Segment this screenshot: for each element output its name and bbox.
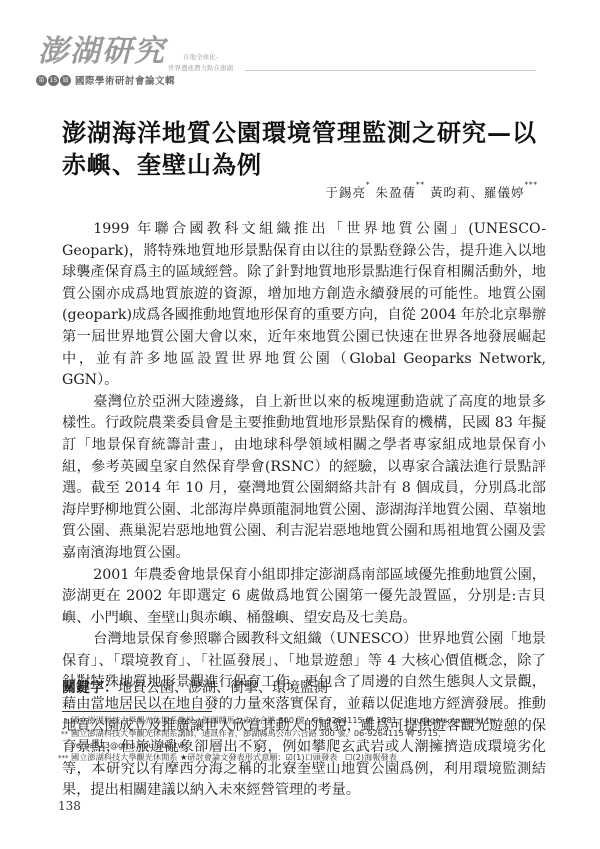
- footnotes: *國立澎湖科技大學觀光休閒系教授，澎湖縣馬公市六合路 300 號。06-9264…: [58, 715, 548, 764]
- conference-badge: 第 15 屆 國際學術研討會論文輯: [36, 73, 175, 87]
- footnote-2: **國立澎湖科技大學觀光休閒系講師，通訊作者，澎湖縣馬公市六合路 300 號。0…: [58, 728, 548, 741]
- footnote-3: ***國立澎湖科技大學觀光休閒系 ★研討會論文發表形式意願：☑(1)口頭發表 ☐…: [58, 752, 548, 765]
- keywords-value: 地質公園、澎湖、衝擊、環境監測: [118, 680, 328, 696]
- footnote-2-text: 國立澎湖科技大學觀光休閒系講師，通訊作者，澎湖縣馬公市六合路 300 號。06-…: [71, 728, 446, 738]
- author-3: 黃昀莉、羅儀婷: [430, 185, 525, 200]
- checkbox-checked-icon: ☑: [286, 752, 293, 762]
- author-3-mark: ***: [525, 181, 539, 189]
- paragraph-1: 1999 年聯合國教科文組織推出「世界地質公園」(UNESCO-Geopark)…: [62, 219, 546, 392]
- conference-tagline: 在地全球化- 世界遺產潛力點在澎湖: [168, 52, 233, 74]
- author-2-mark: **: [416, 181, 425, 189]
- footnote-2-mark: **: [58, 729, 68, 741]
- footnote-2-email: verna323@gms.npu.edu.tw: [58, 740, 548, 752]
- page-number: 138: [58, 799, 81, 813]
- paper-title: 澎湖海洋地質公園環境管理監測之研究—以赤嶼、奎壁山為例: [62, 117, 552, 181]
- keywords-label: 關鍵字：: [62, 680, 118, 696]
- header-divider: [245, 70, 536, 71]
- conference-name: 國際學術研討會論文輯: [75, 73, 175, 87]
- option-oral: (1)口頭發表: [293, 752, 337, 762]
- journal-logo-title: 澎湖研究: [38, 35, 166, 69]
- paragraph-3: 2001 年農委會地景保育小組即排定澎湖爲南部區域優先推動地質公園，澎湖更在 2…: [62, 565, 546, 630]
- footnote-divider: [62, 711, 212, 712]
- badge-circle-1: 第: [36, 75, 47, 86]
- footnote-1-text: 國立澎湖科技大學觀光休閒系教授，澎湖縣馬公市六合路 300 號。06-92641…: [71, 715, 496, 725]
- author-1-mark: *: [366, 181, 371, 189]
- footnote-1: *國立澎湖科技大學觀光休閒系教授，澎湖縣馬公市六合路 300 號。06-9264…: [58, 715, 548, 728]
- checkbox-empty-icon: ☐: [345, 752, 352, 762]
- tagline-line-2: 世界遺產潛力點在澎湖: [168, 63, 233, 74]
- option-poster: (2)海報發表: [353, 752, 397, 762]
- badge-circle-3: 屆: [60, 75, 71, 86]
- badge-circle-2: 15: [48, 75, 59, 86]
- keywords: 關鍵字：地質公園、澎湖、衝擊、環境監測: [62, 677, 328, 697]
- footnote-1-mark: *: [58, 716, 68, 728]
- author-list: 于錫亮* 朱盈蒨** 黃昀莉、羅儀婷***: [325, 183, 538, 201]
- footnote-3-mark: ***: [58, 753, 68, 765]
- paragraph-2: 臺灣位於亞洲大陸邊緣，自上新世以來的板塊運動造就了高度的地景多樣性。行政院農業委…: [62, 392, 546, 565]
- author-2: 朱盈蒨: [375, 185, 416, 200]
- footnote-3-text: 國立澎湖科技大學觀光休閒系 ★研討會論文發表形式意願：: [71, 752, 286, 762]
- author-1: 于錫亮: [325, 185, 366, 200]
- tagline-line-1: 在地全球化-: [168, 52, 233, 63]
